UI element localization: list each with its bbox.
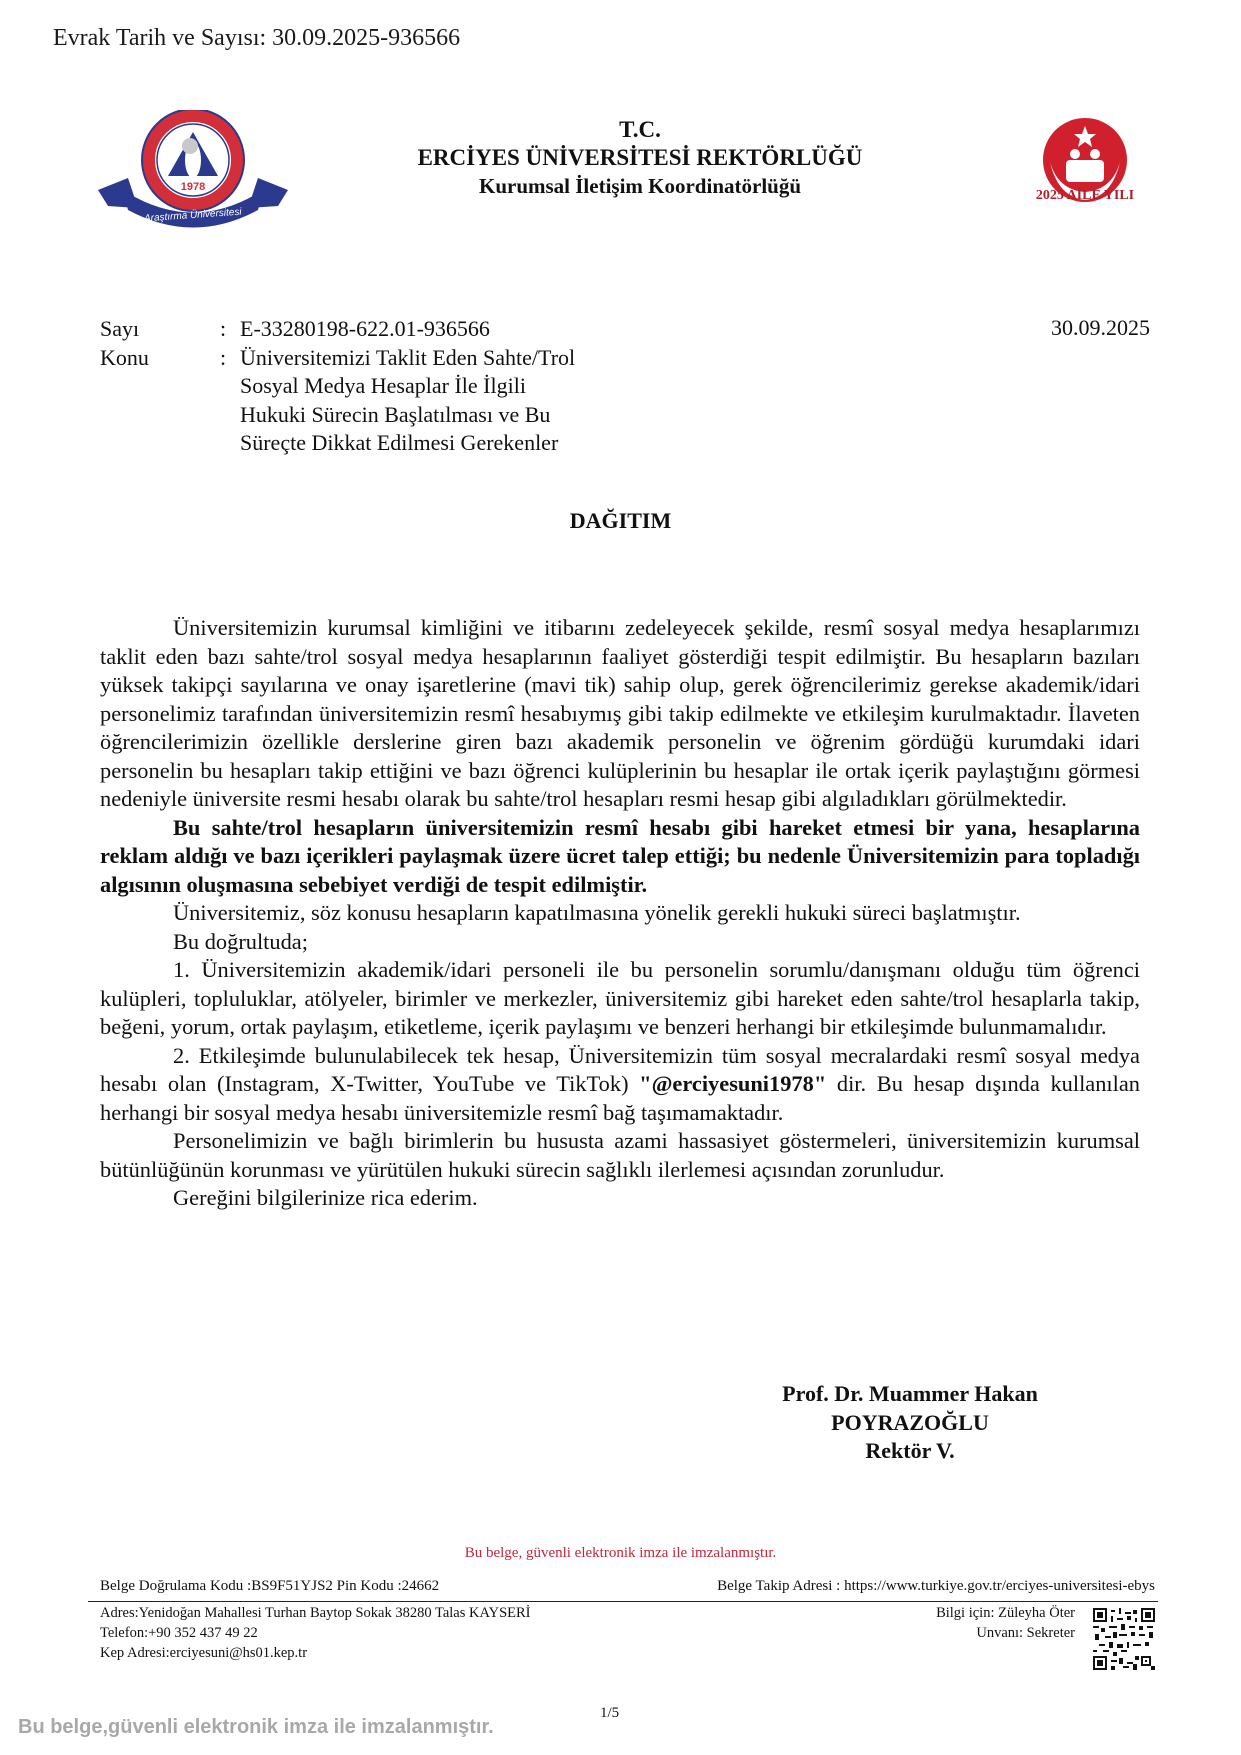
konu-row: Konu : Üniversitemizi Taklit Eden Sahte/… <box>100 344 640 458</box>
sayi-row: Sayı : E-33280198-622.01-936566 <box>100 315 640 344</box>
document-date: 30.09.2025 <box>1000 315 1150 341</box>
university-seal-icon: 1978 Araştırma Üniversitesi <box>98 110 288 235</box>
konu-line: Sosyal Medya Hesaplar İle İlgili <box>240 372 640 401</box>
sayi-label: Sayı <box>100 315 220 344</box>
tracking-address-link[interactable]: Belge Takip Adresi : https://www.turkiye… <box>717 1578 1155 1595</box>
paragraph: Personelimizin ve bağlı birimlerin bu hu… <box>100 1127 1140 1184</box>
footer-divider <box>88 1601 1158 1602</box>
kep-address: Kep Adresi:erciyesuni@hs01.kep.tr <box>100 1643 531 1663</box>
konu-line: Hukuki Sürecin Başlatılması ve Bu <box>240 401 640 430</box>
header-university: ERCİYES ÜNİVERSİTESİ REKTÖRLÜĞÜ <box>330 144 950 172</box>
verification-code: Belge Doğrulama Kodu :BS9F51YJS2 Pin Kod… <box>100 1578 439 1595</box>
konu-label: Konu <box>100 344 220 458</box>
phone: Telefon:+90 352 437 49 22 <box>100 1623 531 1643</box>
erciyes-university-logo: 1978 Araştırma Üniversitesi <box>98 110 288 235</box>
header-tc: T.C. <box>330 116 950 144</box>
paragraph: Bu doğrultuda; <box>100 928 1140 957</box>
paragraph: Gereğini bilgilerinize rica ederim. <box>100 1184 1140 1213</box>
official-handle: "@erciyesuni1978" <box>639 1071 826 1096</box>
address: Adres:Yenidoğan Mahallesi Turhan Baytop … <box>100 1603 531 1623</box>
header-department: Kurumsal İletişim Koordinatörlüğü <box>330 172 950 200</box>
paragraph: Üniversitemizin kurumsal kimliğini ve it… <box>100 614 1140 814</box>
footer-verification-row: Belge Doğrulama Kodu :BS9F51YJS2 Pin Kod… <box>100 1578 1155 1595</box>
footer-address: Adres:Yenidoğan Mahallesi Turhan Baytop … <box>100 1603 531 1663</box>
konu-line: Üniversitemizi Taklit Eden Sahte/Trol <box>240 344 640 373</box>
signer-title: Rektör V. <box>740 1437 1080 1466</box>
signature-block: Prof. Dr. Muammer Hakan POYRAZOĞLU Rektö… <box>740 1380 1080 1466</box>
family-year-emblem-icon <box>1020 102 1150 232</box>
aile-yili-logo: 2025 AİLE YILI <box>1020 102 1150 232</box>
svg-text:1978: 1978 <box>181 181 205 193</box>
document-body: Üniversitemizin kurumsal kimliğini ve it… <box>100 614 1140 1213</box>
esignature-notice: Bu belge, güvenli elektronik imza ile im… <box>0 1545 1241 1562</box>
signer-surname: POYRAZOĞLU <box>740 1409 1080 1438</box>
document-header: T.C. ERCİYES ÜNİVERSİTESİ REKTÖRLÜĞÜ Kur… <box>330 116 950 200</box>
info-contact: Bilgi için: Züleyha Öter <box>800 1603 1075 1623</box>
paragraph: Üniversitemiz, söz konusu hesapların kap… <box>100 899 1140 928</box>
list-item-2: 2. Etkileşimde bulunulabilecek tek hesap… <box>100 1042 1140 1128</box>
paragraph-bold: Bu sahte/trol hesapların üniversitemizin… <box>100 814 1140 900</box>
page-number: 1/5 <box>600 1705 619 1722</box>
info-title: Unvanı: Sekreter <box>800 1623 1075 1643</box>
sayi-value: E-33280198-622.01-936566 <box>240 315 640 344</box>
distribution-title: DAĞITIM <box>0 508 1241 534</box>
konu-line: Süreçte Dikkat Edilmesi Gerekenler <box>240 429 640 458</box>
document-date-number: Evrak Tarih ve Sayısı: 30.09.2025-936566 <box>53 25 460 52</box>
colon: : <box>220 344 240 458</box>
aile-yili-caption: 2025 AİLE YILI <box>1020 188 1150 204</box>
footer-contact: Bilgi için: Züleyha Öter Unvanı: Sekrete… <box>800 1603 1075 1643</box>
document-meta: Sayı : E-33280198-622.01-936566 Konu : Ü… <box>100 315 640 458</box>
colon: : <box>220 315 240 344</box>
list-item-1: 1. Üniversitemizin akademik/idari person… <box>100 956 1140 1042</box>
esignature-watermark: Bu belge,güvenli elektronik imza ile imz… <box>18 1716 494 1739</box>
signer-name: Prof. Dr. Muammer Hakan <box>740 1380 1080 1409</box>
qr-code-icon[interactable] <box>1093 1608 1155 1670</box>
konu-value: Üniversitemizi Taklit Eden Sahte/Trol So… <box>240 344 640 458</box>
